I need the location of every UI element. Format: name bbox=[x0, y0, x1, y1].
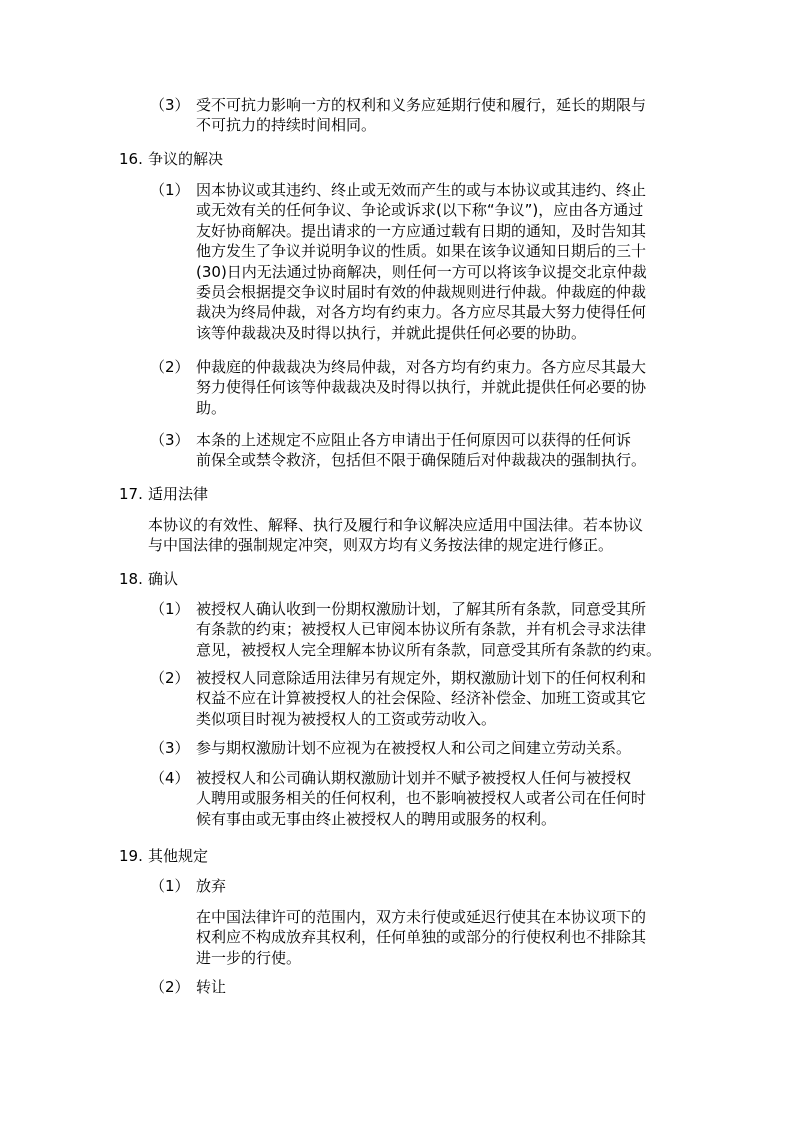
item-marker: （3） bbox=[150, 738, 190, 758]
text-line: 候有事由或无事由终止被授权人的聘用或服务的权利。 bbox=[196, 809, 646, 829]
text-line: 该等仲裁裁决及时得以执行，并就此提供任何必要的协助。 bbox=[196, 323, 647, 343]
document-page: （3） 受不可抗力影响一方的权利和义务应延期行使和履行，延长的期限与 不可抗力的… bbox=[0, 0, 794, 1123]
item-marker: （1） bbox=[150, 599, 190, 619]
clause-18-4: 被授权人和公司确认期权激励计划并不赋予被授权人任何与被授权 人聘用或服务相关的任… bbox=[196, 768, 646, 829]
clause-15-3: 受不可抗力影响一方的权利和义务应延期行使和履行，延长的期限与 不可抗力的持续时间… bbox=[196, 95, 646, 136]
section-title-16: 争议的解决 bbox=[148, 149, 223, 169]
text-line: 人聘用或服务相关的任何权利，也不影响被授权人或者公司在任何时 bbox=[196, 788, 646, 808]
text-line: 或无效有关的任何争议、争论或诉求(以下称“争议”)，应由各方通过 bbox=[196, 200, 647, 220]
text-line: (30)日内无法通过协商解决，则任何一方可以将该争议提交北京仲裁 bbox=[196, 262, 647, 282]
text-line: 本条的上述规定不应阻止各方申请出于任何原因可以获得的任何诉 bbox=[196, 430, 646, 450]
item-marker: （1） bbox=[150, 876, 190, 896]
text-line: 类似项目时视为被授权人的工资或劳动收入。 bbox=[196, 709, 646, 729]
item-marker: （3） bbox=[150, 430, 190, 450]
text-line: 与中国法律的强制规定冲突，则双方均有义务按法律的规定进行修正。 bbox=[148, 535, 643, 555]
clause-18-3: 参与期权激励计划不应视为在被授权人和公司之间建立劳动关系。 bbox=[196, 738, 631, 758]
item-marker: （2） bbox=[150, 357, 190, 377]
text-line: 因本协议或其违约、终止或无效而产生的或与本协议或其违约、终止 bbox=[196, 180, 647, 200]
text-line: 在中国法律许可的范围内，双方未行使或延迟行使其在本协议项下的 bbox=[196, 907, 646, 927]
subclause-title-transfer: 转让 bbox=[196, 977, 226, 997]
text-line: 意见，被授权人完全理解本协议所有条款，同意受其所有条款的约束。 bbox=[196, 640, 661, 660]
text-line: 有条款的约束；被授权人已审阅本协议所有条款，并有机会寻求法律 bbox=[196, 619, 661, 639]
section-number: 17. bbox=[119, 484, 143, 504]
text-line: 权利应不构成放弃其权利，任何单独的或部分的行使权利也不排除其 bbox=[196, 927, 646, 947]
item-marker: （2） bbox=[150, 668, 190, 688]
text-line: 他方发生了争议并说明争议的性质。如果在该争议通知日期后的三十 bbox=[196, 241, 647, 261]
text-line: 被授权人和公司确认期权激励计划并不赋予被授权人任何与被授权 bbox=[196, 768, 646, 788]
text-line: 受不可抗力影响一方的权利和义务应延期行使和履行，延长的期限与 bbox=[196, 95, 646, 115]
clause-16-1: 因本协议或其违约、终止或无效而产生的或与本协议或其违约、终止 或无效有关的任何争… bbox=[196, 180, 647, 343]
section-number: 16. bbox=[119, 149, 143, 169]
section-title-17: 适用法律 bbox=[148, 484, 208, 504]
section-number: 19. bbox=[119, 846, 143, 866]
text-line: 友好协商解决。提出请求的一方应通过载有日期的通知，及时告知其 bbox=[196, 221, 647, 241]
clause-18-1: 被授权人确认收到一份期权激励计划，了解其所有条款，同意受其所 有条款的约束；被授… bbox=[196, 599, 661, 660]
text-line: 前保全或禁令救济，包括但不限于确保随后对仲裁裁决的强制执行。 bbox=[196, 450, 646, 470]
section-title-19: 其他规定 bbox=[148, 846, 208, 866]
text-line: 参与期权激励计划不应视为在被授权人和公司之间建立劳动关系。 bbox=[196, 738, 631, 758]
clause-19-1-body: 在中国法律许可的范围内，双方未行使或延迟行使其在本协议项下的 权利应不构成放弃其… bbox=[196, 907, 646, 968]
text-line: 权益不应在计算被授权人的社会保险、经济补偿金、加班工资或其它 bbox=[196, 688, 646, 708]
clause-16-3: 本条的上述规定不应阻止各方申请出于任何原因可以获得的任何诉 前保全或禁令救济，包… bbox=[196, 430, 646, 471]
item-marker: （1） bbox=[150, 180, 190, 200]
item-marker: （4） bbox=[150, 768, 190, 788]
text-line: 委员会根据提交争议时届时有效的仲裁规则进行仲裁。仲裁庭的仲裁 bbox=[196, 282, 647, 302]
clause-18-2: 被授权人同意除适用法律另有规定外，期权激励计划下的任何权利和 权益不应在计算被授… bbox=[196, 668, 646, 729]
item-marker: （3） bbox=[150, 95, 190, 115]
clause-16-2: 仲裁庭的仲裁裁决为终局仲裁，对各方均有约束力。各方应尽其最大 努力使得任何该等仲… bbox=[196, 357, 646, 418]
text-line: 仲裁庭的仲裁裁决为终局仲裁，对各方均有约束力。各方应尽其最大 bbox=[196, 357, 646, 377]
text-line: 努力使得任何该等仲裁裁决及时得以执行，并就此提供任何必要的协 bbox=[196, 377, 646, 397]
clause-17-body: 本协议的有效性、解释、执行及履行和争议解决应适用中国法律。若本协议 与中国法律的… bbox=[148, 515, 643, 556]
text-line: 被授权人同意除适用法律另有规定外，期权激励计划下的任何权利和 bbox=[196, 668, 646, 688]
text-line: 裁决为终局仲裁，对各方均有约束力。各方应尽其最大努力使得任何 bbox=[196, 302, 647, 322]
text-line: 进一步的行使。 bbox=[196, 948, 646, 968]
section-number: 18. bbox=[119, 569, 143, 589]
text-line: 被授权人确认收到一份期权激励计划，了解其所有条款，同意受其所 bbox=[196, 599, 661, 619]
item-marker: （2） bbox=[150, 977, 190, 997]
subclause-title-waiver: 放弃 bbox=[196, 876, 226, 896]
text-line: 本协议的有效性、解释、执行及履行和争议解决应适用中国法律。若本协议 bbox=[148, 515, 643, 535]
text-line: 助。 bbox=[196, 398, 646, 418]
text-line: 不可抗力的持续时间相同。 bbox=[196, 115, 646, 135]
section-title-18: 确认 bbox=[148, 569, 178, 589]
